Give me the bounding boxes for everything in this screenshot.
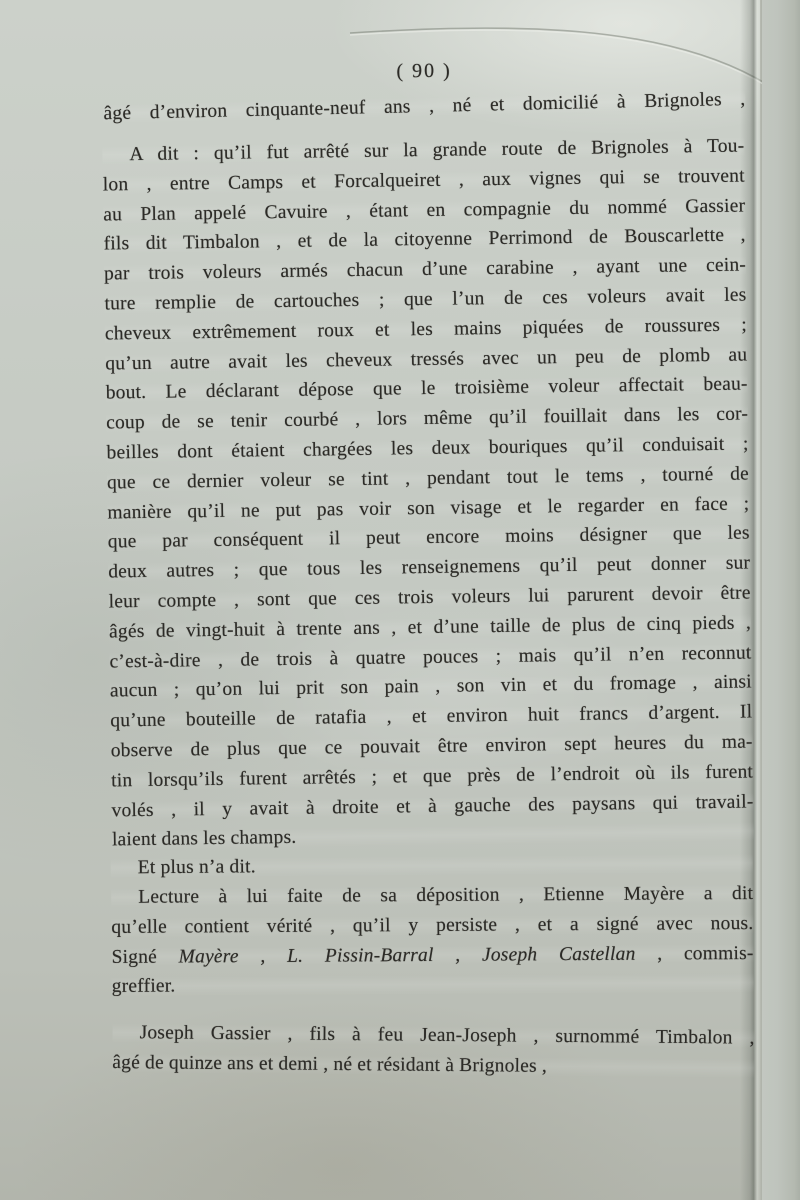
text-segment: que par conséquent il peut encore moins … — [108, 523, 750, 553]
text-segment: que ce dernier voleur se tint , pendant … — [107, 463, 749, 493]
page-number: ( 90 ) — [103, 55, 745, 87]
paragraph: Lecture à lui faite de sa déposition , E… — [111, 879, 754, 1002]
text-segment: greffier. — [112, 976, 176, 997]
text-segment: qu’un autre avait les cheveux tressés av… — [105, 344, 747, 374]
text-segment: au Plan appelé Cavuire , étant en compag… — [103, 195, 745, 225]
text-segment: leur compte , sont que ces trois voleurs… — [109, 582, 751, 612]
text-line: âgé de quinze ans et demi , né et résida… — [112, 1048, 754, 1083]
text-segment: Lecture à lui faite de sa déposition , E… — [138, 883, 753, 908]
text-segment: Et plus n’a dit. — [138, 856, 256, 878]
text-segment: qu’elle contient vérité , qu’il y persis… — [111, 913, 753, 938]
text-segment: Joseph Gassier , fils à feu Jean-Joseph … — [140, 1022, 755, 1048]
text-segment: beilles dont étaient chargées les deux b… — [106, 433, 748, 463]
text-segment: lon , entre Camps et Forcalqueiret , aux… — [103, 165, 745, 195]
text-segment: , commis- — [635, 942, 753, 964]
paragraph: Et plus n’a dit. — [111, 848, 753, 883]
paragraph: Joseph Gassier , fils à feu Jean-Joseph … — [112, 1018, 754, 1083]
text-segment: fils dit Timbalon , et de la citoyenne P… — [104, 225, 746, 255]
italic-text-segment: Mayère , L. Pissin-Barral , Joseph Caste… — [179, 943, 636, 967]
text-segment: tin lorsqu’ils furent arrêtés ; et que p… — [111, 761, 753, 791]
text-segment: aucun ; qu’on lui prit son pain , son vi… — [110, 672, 752, 702]
text-segment: deux autres ; que tous les renseignemens… — [108, 552, 750, 582]
paragraph: âgé d’environ cinquante-neuf ans , né et… — [103, 85, 746, 129]
text-segment: bout. Le déclarant dépose que le troisiè… — [106, 374, 748, 404]
text-segment: âgé d’environ cinquante-neuf ans , né et… — [103, 89, 745, 125]
text-segment: qu’une bouteille de ratafia , et environ… — [110, 701, 752, 731]
text-line: âgé d’environ cinquante-neuf ans , né et… — [103, 85, 746, 129]
paragraph: A dit : qu’il fut arrêté sur la grande r… — [102, 131, 754, 855]
text-segment: âgés de vingt-huit à trente ans , et d’u… — [109, 612, 751, 642]
text-segment: âgé de quinze ans et demi , né et résida… — [112, 1052, 547, 1077]
text-line: Et plus n’a dit. — [111, 848, 753, 883]
text-line: qu’elle contient vérité , qu’il y persis… — [111, 909, 753, 943]
text-segment: coup de se tenir courbé , lors même qu’i… — [106, 403, 748, 433]
text-segment: ture remplie de cartouches ; que l’un de… — [104, 284, 746, 314]
text-segment: cheveux extrêmement roux et les mains pi… — [105, 314, 747, 344]
text-segment: par trois voleurs armés chacun d’une car… — [104, 255, 746, 285]
text-segment: A dit : qu’il fut arrêté sur la grande r… — [129, 135, 744, 165]
text-segment: manière qu’il ne put pas voir son visage… — [107, 493, 749, 523]
text-line: Lecture à lui faite de sa déposition , E… — [111, 879, 753, 913]
text-segment: laient dans les champs. — [112, 827, 297, 851]
text-segment: observe de plus que ce pouvait être envi… — [111, 731, 753, 761]
text-line: greffier. — [112, 968, 754, 1002]
text-segment: volés , il y avait à droite et à gauche … — [111, 791, 753, 821]
text-segment: Signé — [111, 946, 178, 967]
underlying-page-edge — [762, 0, 800, 1200]
text-line: Signé Mayère , L. Pissin-Barral , Joseph… — [111, 938, 753, 972]
text-segment: c’est-à-dire , de trois à quatre pouces … — [109, 642, 751, 672]
page-text: ( 90 ) âgé d’environ cinquante-neuf ans … — [103, 55, 755, 1078]
